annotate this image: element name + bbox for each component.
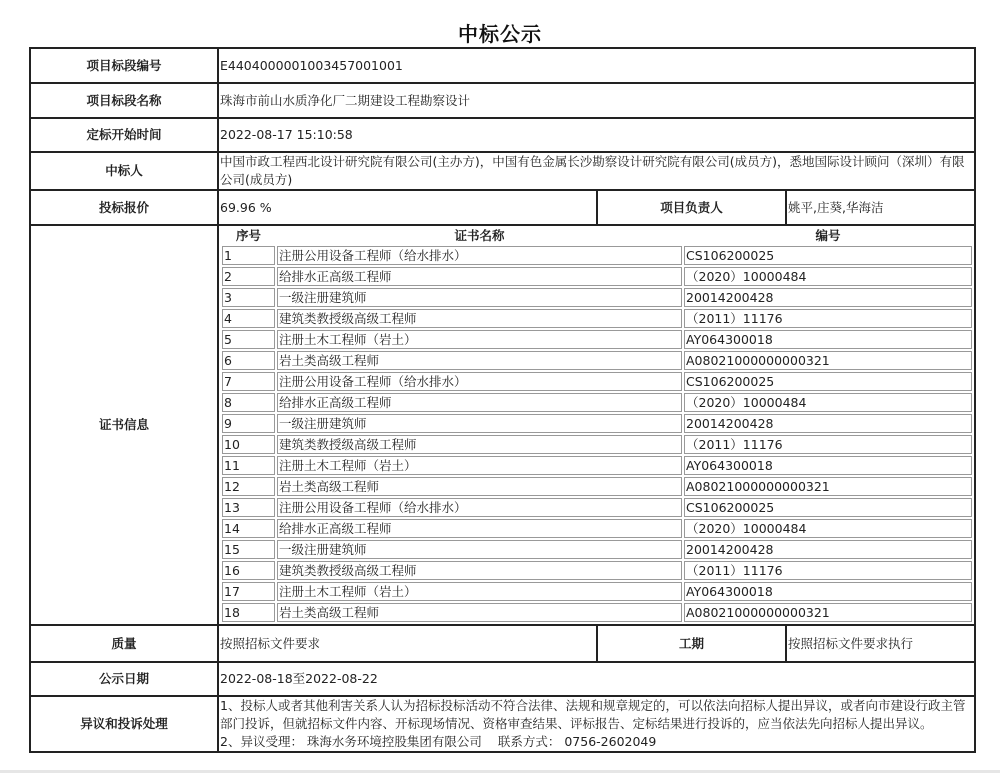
cert-number: 20014200428: [684, 414, 972, 433]
quality-label: 质量: [30, 625, 218, 662]
objection-acceptor: 2、异议受理： 珠海水务环境控股集团有限公司: [220, 734, 482, 749]
cert-number: CS106200025: [684, 246, 972, 265]
section-code-value: E4404000001003457001001: [218, 48, 975, 83]
award-start-time-value: 2022-08-17 15:10:58: [218, 118, 975, 152]
cert-number: AY064300018: [684, 582, 972, 601]
bid-price-value: 69.96 %: [218, 190, 597, 225]
cert-index: 4: [222, 309, 275, 328]
row-section-code: 项目标段编号 E4404000001003457001001: [30, 48, 975, 83]
cert-name: 注册公用设备工程师（给水排水）: [277, 372, 682, 391]
cert-number: A08021000000000321: [684, 351, 972, 370]
objection-content: 1、投标人或者其他利害关系人认为招标投标活动不符合法律、法规和规章规定的，可以依…: [218, 696, 975, 752]
award-start-time-label: 定标开始时间: [30, 118, 218, 152]
cert-index: 9: [222, 414, 275, 433]
cert-row: 18岩土类高级工程师A08021000000000321: [222, 603, 972, 622]
cert-name: 注册土木工程师（岩土）: [277, 330, 682, 349]
row-quality: 质量 按照招标文件要求 工期 按照招标文件要求执行: [30, 625, 975, 662]
publicity-date-value: 2022-08-18至2022-08-22: [218, 662, 975, 696]
cert-name: 给排水正高级工程师: [277, 393, 682, 412]
cert-index: 13: [222, 498, 275, 517]
cert-number: CS106200025: [684, 372, 972, 391]
cert-row: 14给排水正高级工程师（2020）10000484: [222, 519, 972, 538]
cert-row: 16建筑类教授级高级工程师（2011）11176: [222, 561, 972, 580]
cert-name: 一级注册建筑师: [277, 288, 682, 307]
cert-name: 岩土类高级工程师: [277, 351, 682, 370]
project-leader-label: 项目负责人: [597, 190, 786, 225]
cert-number: （2020）10000484: [684, 393, 972, 412]
cert-row: 1注册公用设备工程师（给水排水）CS106200025: [222, 246, 972, 265]
cert-index: 5: [222, 330, 275, 349]
cert-row: 3一级注册建筑师20014200428: [222, 288, 972, 307]
cert-name: 注册公用设备工程师（给水排水）: [277, 498, 682, 517]
section-name-value: 珠海市前山水质净化厂二期建设工程勘察设计: [218, 83, 975, 118]
cert-number: 20014200428: [684, 540, 972, 559]
winner-value: 中国市政工程西北设计研究院有限公司(主办方)，中国有色金属长沙勘察设计研究院有限…: [218, 152, 975, 190]
section-code-label: 项目标段编号: [30, 48, 218, 83]
objection-paragraph-1: 1、投标人或者其他利害关系人认为招标投标活动不符合法律、法规和规章规定的，可以依…: [220, 697, 973, 733]
cert-number: A08021000000000321: [684, 603, 972, 622]
objection-label: 异议和投诉处理: [30, 696, 218, 752]
cert-index: 7: [222, 372, 275, 391]
cert-name: 建筑类教授级高级工程师: [277, 309, 682, 328]
cert-name: 建筑类教授级高级工程师: [277, 561, 682, 580]
winner-label: 中标人: [30, 152, 218, 190]
cert-index: 6: [222, 351, 275, 370]
cert-index: 8: [222, 393, 275, 412]
cert-name: 建筑类教授级高级工程师: [277, 435, 682, 454]
certificates-label: 证书信息: [30, 225, 218, 625]
cert-header-name: 证书名称: [277, 228, 682, 244]
cert-name: 注册土木工程师（岩土）: [277, 582, 682, 601]
row-objection: 异议和投诉处理 1、投标人或者其他利害关系人认为招标投标活动不符合法律、法规和规…: [30, 696, 975, 752]
cert-row: 8给排水正高级工程师（2020）10000484: [222, 393, 972, 412]
cert-index: 3: [222, 288, 275, 307]
award-notice-table: 项目标段编号 E4404000001003457001001 项目标段名称 珠海…: [29, 47, 976, 753]
cert-name: 一级注册建筑师: [277, 414, 682, 433]
cert-index: 17: [222, 582, 275, 601]
cert-number: AY064300018: [684, 330, 972, 349]
cert-index: 15: [222, 540, 275, 559]
objection-paragraph-2: 2、异议受理： 珠海水务环境控股集团有限公司 联系方式： 0756-260204…: [220, 733, 973, 751]
cert-index: 2: [222, 267, 275, 286]
cert-name: 给排水正高级工程师: [277, 267, 682, 286]
cert-row: 4建筑类教授级高级工程师（2011）11176: [222, 309, 972, 328]
cert-index: 1: [222, 246, 275, 265]
quality-value: 按照招标文件要求: [218, 625, 597, 662]
cert-number: （2011）11176: [684, 435, 972, 454]
row-bid-price: 投标报价 69.96 % 项目负责人 姚平,庄葵,华海洁: [30, 190, 975, 225]
cert-row: 10建筑类教授级高级工程师（2011）11176: [222, 435, 972, 454]
cert-number: CS106200025: [684, 498, 972, 517]
cert-number: （2020）10000484: [684, 267, 972, 286]
duration-value: 按照招标文件要求执行: [786, 625, 975, 662]
row-publicity-date: 公示日期 2022-08-18至2022-08-22: [30, 662, 975, 696]
cert-number: AY064300018: [684, 456, 972, 475]
contact-phone: 0756-2602049: [564, 734, 656, 749]
cert-number: （2020）10000484: [684, 519, 972, 538]
cert-index: 10: [222, 435, 275, 454]
cert-name: 注册土木工程师（岩土）: [277, 456, 682, 475]
cert-index: 16: [222, 561, 275, 580]
cert-name: 岩土类高级工程师: [277, 603, 682, 622]
publicity-date-label: 公示日期: [30, 662, 218, 696]
row-winner: 中标人 中国市政工程西北设计研究院有限公司(主办方)，中国有色金属长沙勘察设计研…: [30, 152, 975, 190]
cert-name: 给排水正高级工程师: [277, 519, 682, 538]
cert-index: 12: [222, 477, 275, 496]
cert-index: 14: [222, 519, 275, 538]
cert-row: 9一级注册建筑师20014200428: [222, 414, 972, 433]
row-section-name: 项目标段名称 珠海市前山水质净化厂二期建设工程勘察设计: [30, 83, 975, 118]
cert-index: 18: [222, 603, 275, 622]
cert-name: 岩土类高级工程师: [277, 477, 682, 496]
cert-row: 7注册公用设备工程师（给水排水）CS106200025: [222, 372, 972, 391]
cert-header-index: 序号: [222, 228, 275, 244]
row-award-start-time: 定标开始时间 2022-08-17 15:10:58: [30, 118, 975, 152]
cert-row: 6岩土类高级工程师A08021000000000321: [222, 351, 972, 370]
cert-number: 20014200428: [684, 288, 972, 307]
cert-name: 一级注册建筑师: [277, 540, 682, 559]
cert-row: 11注册土木工程师（岩土）AY064300018: [222, 456, 972, 475]
certificates-header-row: 序号 证书名称 编号: [222, 228, 972, 244]
certificates-cell: 序号 证书名称 编号 1注册公用设备工程师（给水排水）CS1062000252给…: [218, 225, 975, 625]
cert-number: （2011）11176: [684, 309, 972, 328]
bid-price-label: 投标报价: [30, 190, 218, 225]
page-title: 中标公示: [0, 18, 1000, 47]
cert-row: 12岩土类高级工程师A08021000000000321: [222, 477, 972, 496]
row-certificates: 证书信息 序号 证书名称 编号 1注册公用设备: [30, 225, 975, 625]
cert-name: 注册公用设备工程师（给水排水）: [277, 246, 682, 265]
cert-header-number: 编号: [684, 228, 972, 244]
cert-row: 2给排水正高级工程师（2020）10000484: [222, 267, 972, 286]
cert-row: 17注册土木工程师（岩土）AY064300018: [222, 582, 972, 601]
duration-label: 工期: [597, 625, 786, 662]
cert-row: 5注册土木工程师（岩土）AY064300018: [222, 330, 972, 349]
project-leader-value: 姚平,庄葵,华海洁: [786, 190, 975, 225]
cert-number: A08021000000000321: [684, 477, 972, 496]
cert-index: 11: [222, 456, 275, 475]
contact-label: 联系方式：: [498, 734, 561, 749]
section-name-label: 项目标段名称: [30, 83, 218, 118]
cert-row: 13注册公用设备工程师（给水排水）CS106200025: [222, 498, 972, 517]
certificates-table: 序号 证书名称 编号 1注册公用设备工程师（给水排水）CS1062000252给…: [220, 226, 974, 624]
cert-row: 15一级注册建筑师20014200428: [222, 540, 972, 559]
cert-number: （2011）11176: [684, 561, 972, 580]
